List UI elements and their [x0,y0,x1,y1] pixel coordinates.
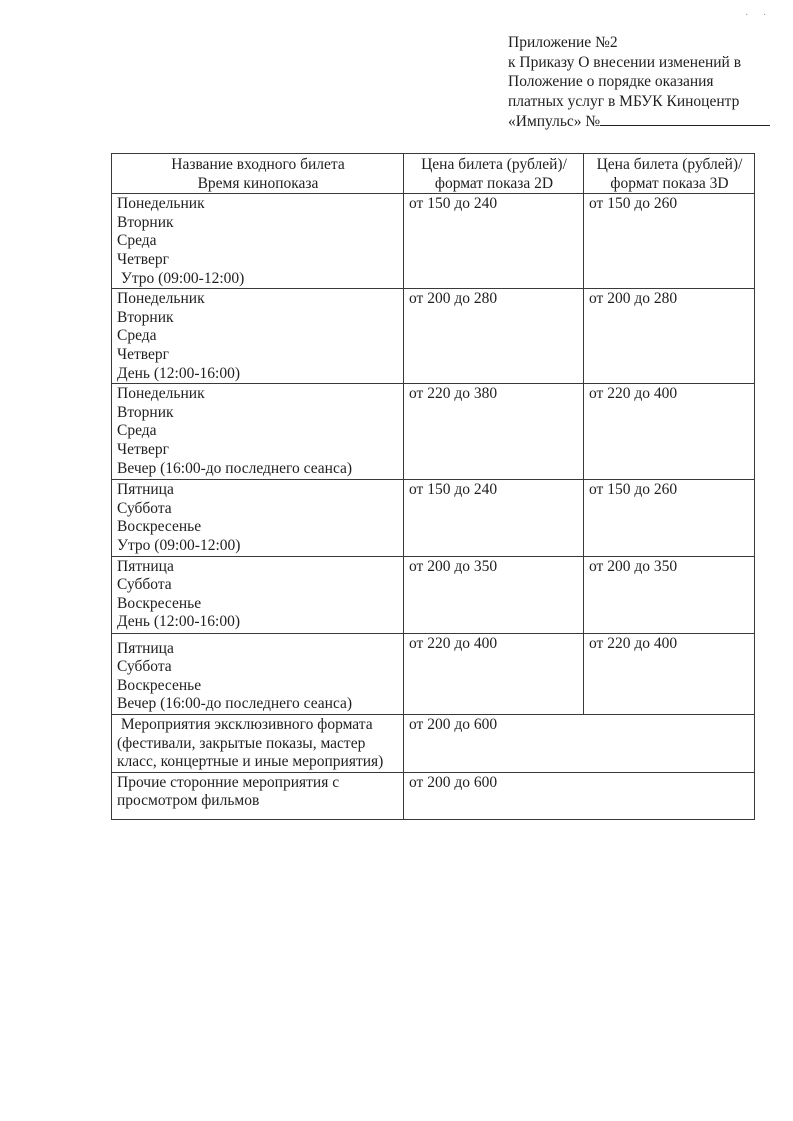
ticket-name-line: Четверг [117,346,399,365]
header-price-2d: Цена билета (рублей)/ формат показа 2D [404,154,584,194]
ticket-name-cell: Понедельник Вторник Среда Четверг День (… [112,289,404,384]
ticket-name-line: Понедельник [117,195,399,214]
price-2d-cell: от 150 до 240 [404,194,584,289]
ticket-name-line: Четверг [117,441,399,460]
ticket-name-line: класс, концертные и иные мероприятия) [117,753,399,772]
header-ticket-name: Название входного билета Время кинопоказ… [112,154,404,194]
ticket-name-line: Вечер (16:00-до последнего сеанса) [117,695,399,714]
table-row: Прочие сторонние мероприятия с просмотро… [112,772,755,819]
ticket-name-line: Среда [117,232,399,251]
order-number-blank [600,111,770,126]
price-3d-cell: от 220 до 400 [584,633,755,714]
price-2d-cell: от 220 до 400 [404,633,584,714]
appendix-line: платных услуг в МБУК Киноцентр [508,92,778,112]
ticket-name-line: Пятница [117,558,399,577]
price-cell: от 200 до 600 [404,714,755,772]
price-3d-cell: от 200 до 280 [584,289,755,384]
ticket-name-cell: Понедельник Вторник Среда Четверг Утро (… [112,194,404,289]
table-row: Понедельник Вторник Среда Четверг Вечер … [112,384,755,480]
price-3d-cell: от 200 до 350 [584,556,755,633]
ticket-name-line: Вторник [117,214,399,233]
ticket-name-line: Среда [117,327,399,346]
ticket-name-cell: Мероприятия эксклюзивного формата (фести… [112,714,404,772]
table-header-row: Название входного билета Время кинопоказ… [112,154,755,194]
price-2d-cell: от 200 до 350 [404,556,584,633]
price-3d-cell: от 150 до 260 [584,480,755,556]
table-row: Понедельник Вторник Среда Четверг День (… [112,289,755,384]
table-row: Понедельник Вторник Среда Четверг Утро (… [112,194,755,289]
ticket-name-line: День (12:00-16:00) [117,365,399,384]
table-row: Пятница Суббота Воскресенье Утро (09:00-… [112,480,755,556]
ticket-name-cell: Пятница Суббота Воскресенье Утро (09:00-… [112,480,404,556]
ticket-name-line: Четверг [117,251,399,270]
ticket-name-line: Среда [117,422,399,441]
ticket-name-line: Понедельник [117,385,399,404]
scan-specks: · · [745,10,772,21]
ticket-name-line: Воскресенье [117,677,399,696]
appendix-line: Приложение №2 [508,33,778,53]
header-text: Время кинопоказа [117,175,399,194]
ticket-name-line: Пятница [117,481,399,500]
ticket-name-cell: Пятница Суббота Воскресенье Вечер (16:00… [112,633,404,714]
price-3d-cell: от 220 до 400 [584,384,755,480]
header-text: Цена билета (рублей)/ [409,156,579,175]
ticket-name-line: Понедельник [117,290,399,309]
price-2d-cell: от 200 до 280 [404,289,584,384]
ticket-name-line: Утро (09:00-12:00) [117,537,399,556]
price-2d-cell: от 150 до 240 [404,480,584,556]
ticket-name-line: Вторник [117,404,399,423]
price-2d-cell: от 220 до 380 [404,384,584,480]
ticket-name-line: Суббота [117,500,399,519]
ticket-name-line: День (12:00-16:00) [117,613,399,632]
ticket-name-line: Прочие сторонние мероприятия с [117,774,399,793]
header-text: формат показа 2D [409,175,579,194]
ticket-name-cell: Понедельник Вторник Среда Четверг Вечер … [112,384,404,480]
ticket-name-line: Утро (09:00-12:00) [117,270,399,289]
ticket-name-line: Воскресенье [117,595,399,614]
ticket-price-table: Название входного билета Время кинопоказ… [111,153,755,820]
ticket-name-line: Воскресенье [117,518,399,537]
header-text: Цена билета (рублей)/ [589,156,750,175]
ticket-name-line: (фестивали, закрытые показы, мастер [117,735,399,754]
header-text: Название входного билета [117,156,399,175]
appendix-header: Приложение №2 к Приказу О внесении измен… [508,33,778,132]
price-cell: от 200 до 600 [404,772,755,819]
price-3d-cell: от 150 до 260 [584,194,755,289]
table-row: Пятница Суббота Воскресенье Вечер (16:00… [112,633,755,714]
ticket-name-line: Вторник [117,309,399,328]
ticket-name-line: Суббота [117,658,399,677]
table-row: Пятница Суббота Воскресенье День (12:00-… [112,556,755,633]
ticket-name-line: Вечер (16:00-до последнего сеанса) [117,460,399,479]
header-price-3d: Цена билета (рублей)/ формат показа 3D [584,154,755,194]
table-row: Мероприятия эксклюзивного формата (фести… [112,714,755,772]
ticket-name-cell: Прочие сторонние мероприятия с просмотро… [112,772,404,819]
order-number-label: «Импульс» № [508,113,600,130]
ticket-name-line: просмотром фильмов [117,792,399,811]
appendix-line-order-number: «Импульс» № [508,111,778,132]
appendix-line: к Приказу О внесении изменений в [508,53,778,73]
ticket-name-cell: Пятница Суббота Воскресенье День (12:00-… [112,556,404,633]
ticket-name-line: Суббота [117,576,399,595]
ticket-name-line: Пятница [117,640,399,659]
header-text: формат показа 3D [589,175,750,194]
ticket-name-line: Мероприятия эксклюзивного формата [117,716,399,735]
appendix-line: Положение о порядке оказания [508,72,778,92]
